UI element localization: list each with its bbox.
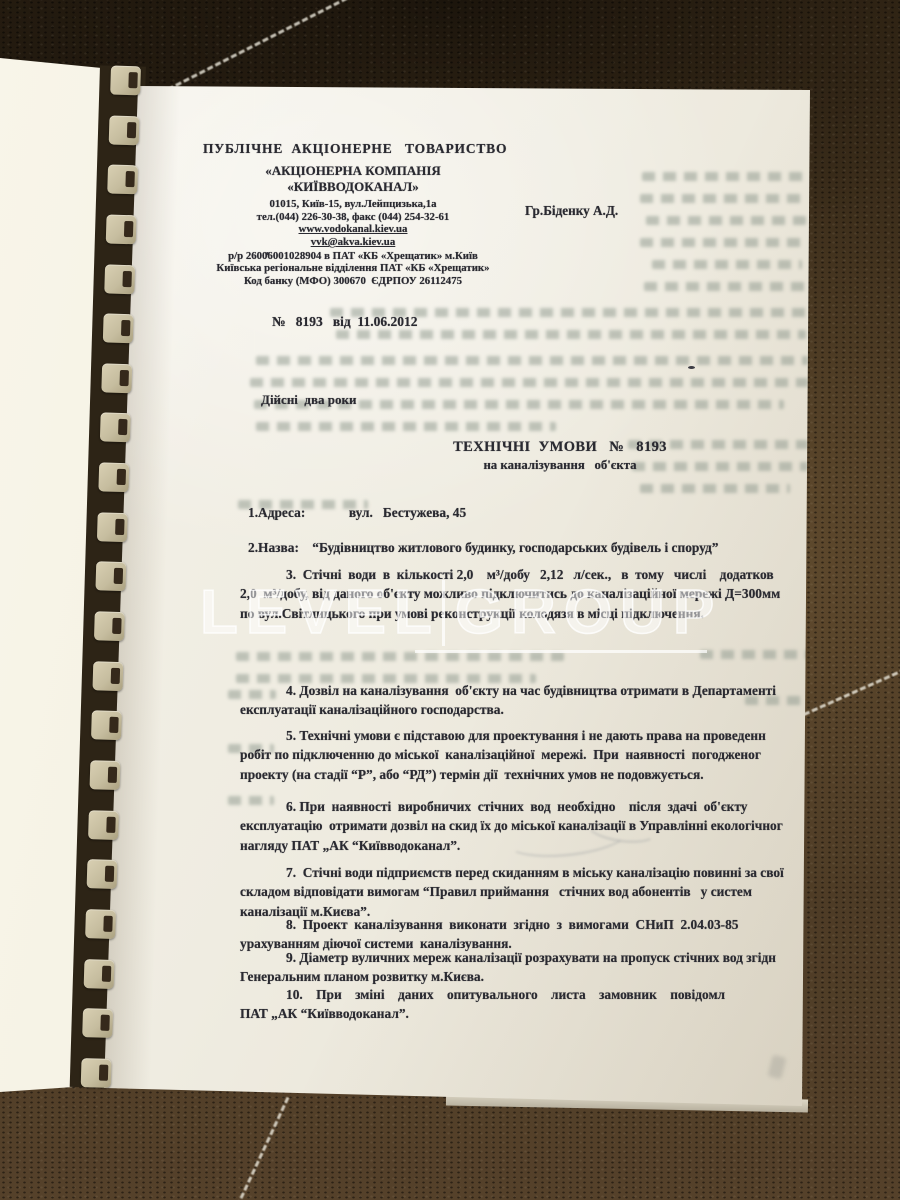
- paragraph-line: 4. Дозвіл на каналізування об'єкту на ча…: [240, 681, 818, 700]
- document-subtitle: на каналізування об'єкта: [445, 458, 675, 473]
- binding-tooth: [85, 909, 116, 939]
- address-line: 01015, Київ-15, вул.Лейпцизька,1а: [203, 198, 503, 210]
- binding-tooth: [110, 65, 141, 95]
- bleed-through-line: [250, 378, 808, 387]
- binding-tooth: [98, 462, 129, 492]
- company-name: «АКЦІОНЕРНА КОМПАНІЯ: [203, 163, 503, 179]
- paragraph-line: 5. Технічні умови є підставою для проект…: [240, 726, 818, 745]
- watermark-text: LEVEL: [200, 577, 440, 648]
- paragraph-line: робіт по підключенню до міської каналіза…: [240, 745, 818, 764]
- paragraph-line: 2.Назва: “Будівництво житлового будинку,…: [248, 538, 814, 557]
- bleed-through-line: [236, 652, 564, 661]
- binding-tooth: [109, 115, 140, 145]
- paragraph-line: складом відповідати вимогам “Правил прий…: [240, 882, 818, 901]
- binding-tooth: [87, 859, 118, 889]
- watermark-divider: [442, 580, 445, 646]
- watermark-text: GROUP: [455, 577, 722, 648]
- paragraph-line: 8. Проект каналізування виконати згідно …: [240, 915, 818, 934]
- binding-tooth: [104, 264, 135, 294]
- paragraph-line: експлуатації каналізаційного господарств…: [240, 700, 818, 719]
- paragraph: 2.Назва: “Будівництво житлового будинку,…: [248, 538, 814, 557]
- binding-tooth: [106, 214, 137, 244]
- paragraph-line: 9. Діаметр вуличних мереж каналізації ро…: [240, 948, 818, 967]
- paragraph: 6. При наявності виробничих стічних вод …: [240, 797, 818, 855]
- phone-line: тел.(044) 226-30-38, факс (044) 254-32-6…: [203, 211, 503, 223]
- bleed-through-line: [700, 650, 808, 659]
- binding-tooth: [90, 760, 121, 790]
- bleed-through-line: [644, 282, 806, 291]
- paragraph: 4. Дозвіл на каналізування об'єкту на ча…: [240, 681, 818, 720]
- document-number: № 8193 від 11.06.2012: [272, 314, 417, 330]
- binding-tooth: [107, 165, 138, 195]
- binding-tooth: [92, 661, 123, 691]
- paragraph-line: нагляду ПАТ „АК “Київводоканал”.: [240, 836, 818, 855]
- paragraph: 7. Стічні води підприємств перед скиданн…: [240, 863, 818, 921]
- binding-tooth: [103, 314, 134, 344]
- bank-code-line: Код банку (МФО) 300670 ЄДРПОУ 26112475: [203, 275, 503, 287]
- binding-tooth: [95, 562, 126, 592]
- watermark-underline: [415, 650, 707, 653]
- paragraph-line: проекту (на стадії “Р”, або “РД”) термін…: [240, 765, 818, 784]
- paragraph: 1.Адреса: вул. Бестужева, 45: [248, 503, 814, 522]
- binding-tooth: [91, 711, 122, 741]
- email-link: vvk@akva.kiev.ua: [203, 236, 503, 248]
- bleed-through-line: [642, 172, 806, 181]
- validity-note: Дійсні два роки: [261, 392, 356, 408]
- paragraph-line: 6. При наявності виробничих стічних вод …: [240, 797, 818, 816]
- binding-tooth: [81, 1058, 112, 1088]
- paragraph-line: 10. При зміні даних опитувального листа …: [240, 985, 818, 1004]
- document-title: ТЕХНІЧНІ УМОВИ № 8193: [445, 439, 675, 456]
- paragraph-line: 1.Адреса: вул. Бестужева, 45: [248, 503, 814, 522]
- paragraph: 9. Діаметр вуличних мереж каналізації ро…: [240, 948, 818, 987]
- paragraph: 5. Технічні умови є підставою для проект…: [240, 726, 818, 784]
- bleed-through-line: [256, 356, 808, 365]
- recipient-name: Гр.Біденку А.Д.: [525, 203, 618, 219]
- paragraph-line: Генеральним планом розвитку м.Києва.: [240, 967, 818, 986]
- bleed-through-line: [646, 216, 806, 225]
- website-link: www.vodokanal.kiev.ua: [203, 223, 503, 235]
- binding-tooth: [94, 611, 125, 641]
- binding-tooth: [100, 413, 131, 443]
- binding-tooth: [88, 810, 119, 840]
- bleed-through-line: [640, 484, 790, 493]
- paragraph-line: експлуатацію отримати дозвіл на скид їх …: [240, 816, 818, 835]
- paragraph-line: ПАТ „АК “Київводоканал”.: [240, 1004, 818, 1023]
- watermark: LEVEL GROUP: [200, 577, 722, 648]
- bleed-through-line: [336, 330, 806, 339]
- binding-tooth: [84, 959, 115, 989]
- binding-tooth: [101, 363, 132, 393]
- bleed-through-line: [640, 238, 806, 247]
- bleed-through-line: [256, 422, 556, 431]
- photo-of-document: ПУБЛІЧНЕ АКЦІОНЕРНЕ ТОВАРИСТВО «АКЦІОНЕР…: [0, 0, 900, 1200]
- org-type-line: ПУБЛІЧНЕ АКЦІОНЕРНЕ ТОВАРИСТВО: [203, 141, 503, 157]
- branch-line: Київська регіональне відділення ПАТ «КБ …: [203, 262, 503, 274]
- bleed-through-line: [640, 194, 808, 203]
- ink-speck: [688, 366, 695, 369]
- binding-tooth: [97, 512, 128, 542]
- binding-tooth: [82, 1008, 113, 1038]
- bleed-through-line: [652, 260, 802, 269]
- paragraph: 10. При зміні даних опитувального листа …: [240, 985, 818, 1024]
- company-name: «КИЇВВОДОКАНАЛ»: [203, 179, 503, 195]
- account-line: р/р 26006001028904 в ПАТ «КБ «Хрещатик» …: [203, 250, 503, 262]
- paragraph-line: 7. Стічні води підприємств перед скиданн…: [240, 863, 818, 882]
